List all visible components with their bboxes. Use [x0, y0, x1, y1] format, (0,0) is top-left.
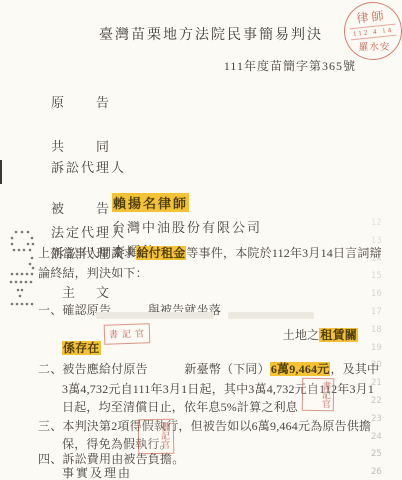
highlighted-lease-text: 租賃關 — [319, 328, 358, 342]
line-number: 21 — [371, 378, 382, 388]
line-number: 22 — [371, 396, 382, 406]
redaction-smudge — [228, 312, 314, 319]
line-number: 16 — [371, 289, 382, 299]
clerk-seal-stamp-1: 書記官 — [104, 323, 151, 345]
line-number: 24 — [371, 432, 382, 442]
judgment-item-1-continuation-2: 係存在 — [62, 339, 101, 356]
item1-cont-text: 土地之 — [283, 328, 320, 342]
main-text-heading: 主 文 — [62, 282, 113, 301]
line-number: 12 — [371, 218, 382, 228]
document-title: 臺灣苗栗地方法院民事簡易判決 — [99, 24, 323, 44]
line-number: 18 — [371, 325, 382, 335]
highlighted-claim-text: 給付租金 — [136, 246, 187, 260]
punch-dot-marks — [6, 228, 36, 314]
facts-and-reasons-heading: 事實及理由 — [62, 464, 132, 480]
item2-text: 二、被告應給付原告 — [38, 362, 148, 376]
line-number: 19 — [371, 343, 382, 353]
line-number: 25 — [371, 449, 382, 459]
lawyer-receipt-stamp: 律師 112 4 14 羅水安 — [341, 0, 402, 63]
item2-text: 新臺幣（下同） — [184, 362, 269, 376]
judgment-document-page: 臺灣苗栗地方法院民事簡易判決 111年度苗簡字第365號 律師 112 4 14… — [0, 0, 402, 480]
scan-edge-artifact — [0, 160, 2, 184]
judgment-item-1-continuation: 土地之租賃關 — [283, 326, 358, 343]
redaction-smudge — [96, 312, 214, 319]
line-number: 14 — [371, 254, 382, 264]
preamble-line-1: 上列當事人間請求給付租金等事件，本院於112年3月14日言詞辯 — [38, 244, 382, 261]
preamble-line-2: 論終結，判決如下： — [38, 264, 148, 281]
judgment-item-2-line-3: 日起，均至清償日止，依年息5%計算之利息 — [62, 398, 298, 415]
clerk-seal-stamp-2: 書記官 — [302, 378, 335, 412]
clerk-seal-stamp-3: 書記官 — [138, 419, 175, 455]
judgment-item-3-line-1: 三、本判決第2項得假執行，但被告如以6萬9,464元為原告供擔 — [38, 417, 371, 434]
line-number: 15 — [371, 271, 382, 281]
line-number: 13 — [371, 236, 382, 246]
line-number: 23 — [371, 414, 382, 424]
case-number: 111年度苗簡字第365號 — [224, 57, 356, 74]
stamp-name-text: 羅水安 — [346, 38, 402, 53]
party-label: 原 告 — [51, 92, 111, 111]
highlighted-amount-text: 6萬9,464元 — [270, 362, 331, 376]
line-number: 26 — [371, 467, 382, 477]
redacted-gap — [148, 362, 185, 376]
preamble-text: 上列當事人間請求 — [38, 246, 136, 260]
highlighted-exists-text: 係存在 — [62, 341, 101, 355]
preamble-text: 等事件，本院於112年3月14日言詞辯 — [186, 246, 381, 260]
judgment-item-2-line-1: 二、被告應給付原告 新臺幣（下同）6萬9,464元，及其中 — [38, 360, 379, 377]
line-number: 17 — [371, 307, 382, 317]
line-number: 20 — [371, 360, 382, 370]
